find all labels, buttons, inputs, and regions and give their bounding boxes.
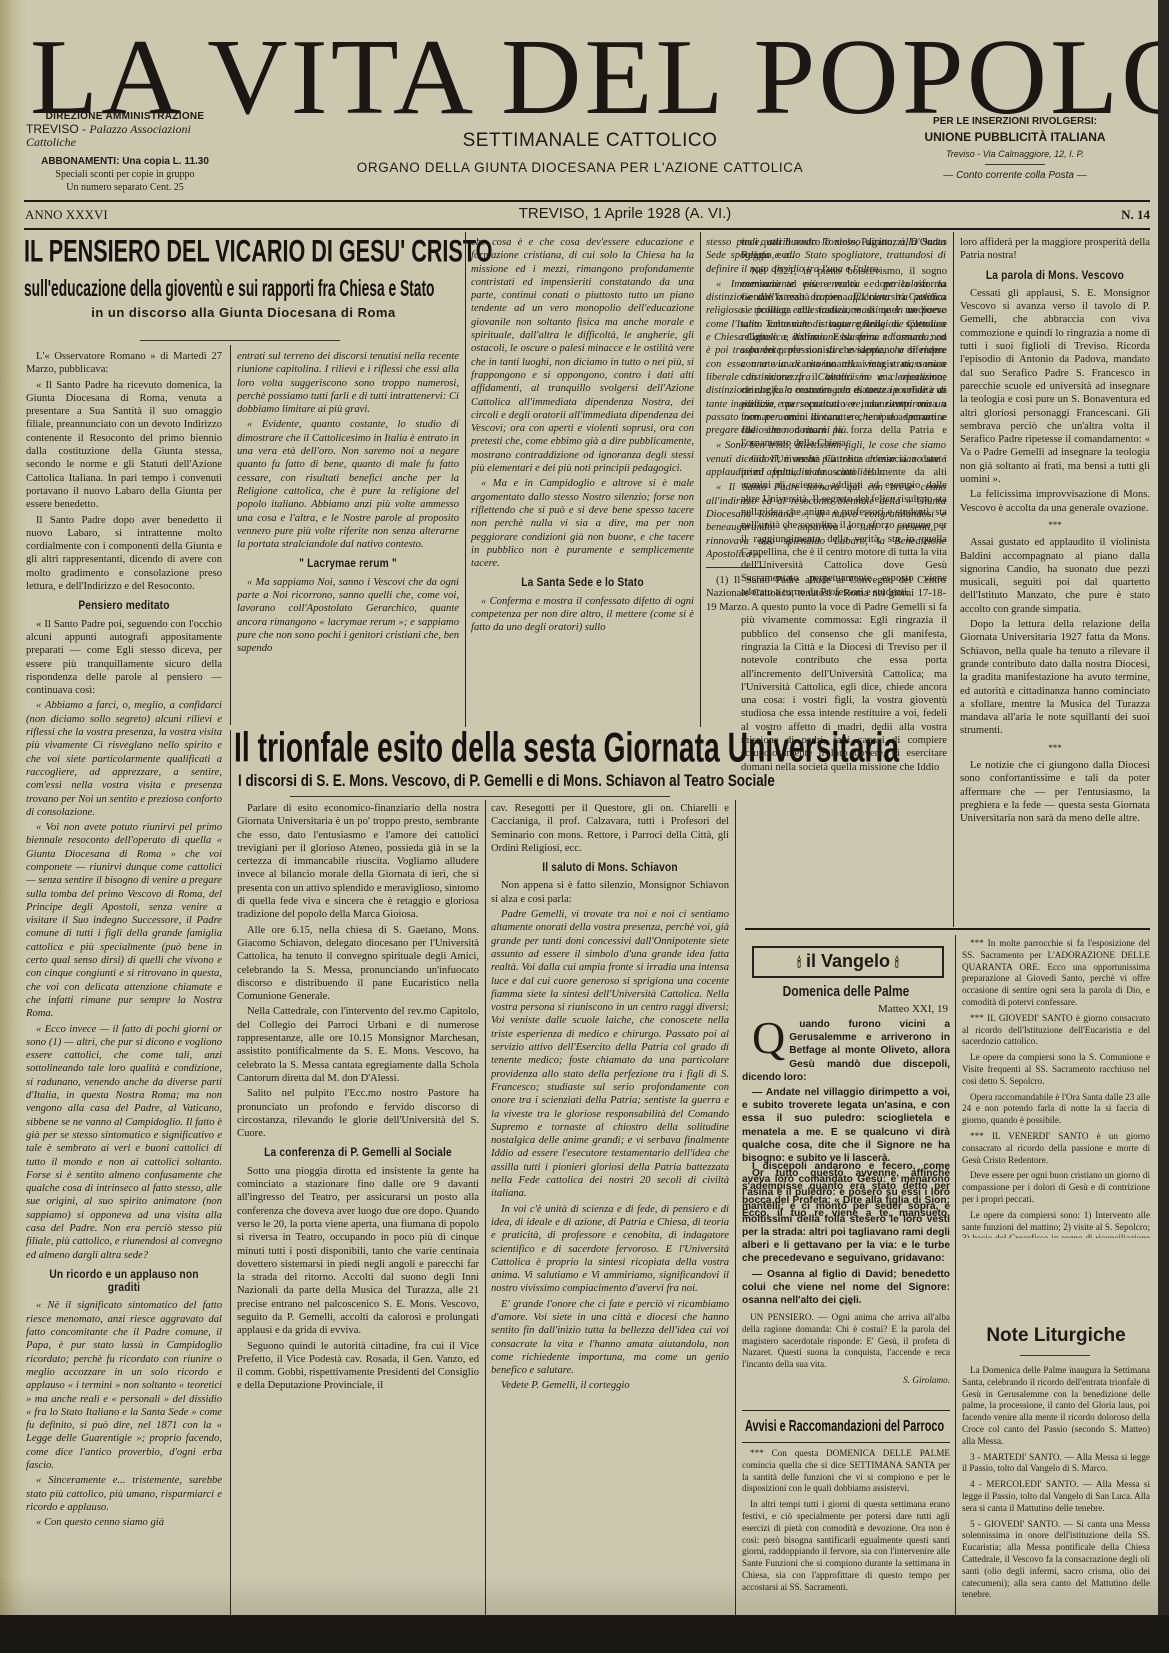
paragraph: « Conferma e mostra il confessato difett…: [471, 595, 694, 635]
pensiero-text: UN PENSIERO. — Ogni anima che arriva all…: [742, 1312, 950, 1371]
issue-date: TREVISO, 1 Aprile 1928 (A. VI.): [415, 205, 835, 222]
paragraph: 4 - MERCOLEDI' SANTO. — Alla Messa si le…: [962, 1479, 1150, 1514]
paragraph: Vedete P. Gemelli, il corteggio: [491, 1379, 729, 1392]
paragraph: L'« Osservatore Romano » di Martedì 27 M…: [26, 350, 222, 377]
masthead-rule-top: [24, 200, 1150, 202]
abbonamenti-price: ABBONAMENTI: Una copia L. 11.30: [20, 155, 230, 168]
paragraph: Cessati gli applausi, S. E. Monsignor Ve…: [960, 287, 1150, 486]
dateline: ANNO XXXVI TREVISO, 1 Aprile 1928 (A. VI…: [25, 205, 1150, 225]
paragraph: Assai gustato ed applaudito il violinist…: [960, 536, 1150, 616]
separator-stars: ***: [742, 1300, 950, 1310]
notice-item: Deve essere per ogni buon cristiano un g…: [962, 1170, 1150, 1205]
paragraph: Il Santo Padre dopo aver benedetto il nu…: [26, 514, 222, 594]
inserzioni-label: PER LE INSERZIONI RIVOLGERSI:: [880, 116, 1150, 127]
paragraph: « Abbiamo a farci, o, meglio, a confidar…: [26, 699, 222, 819]
paragraph: « Sinceramente e... tristemente, sarebbe…: [26, 1474, 222, 1514]
paragraph: La Domenica delle Palme inaugura la Sett…: [962, 1365, 1150, 1448]
divider: [140, 340, 340, 341]
divider: [1020, 1355, 1090, 1356]
notice-item: *** IL VENERDI' SANTO è un giorno consac…: [962, 1131, 1150, 1166]
masthead-left-info: DIREZIONE AMMINISTRAZIONE TREVISO - Pala…: [20, 110, 230, 194]
column-rule: [485, 800, 486, 1615]
candle-icon: 🕯︎: [895, 955, 899, 970]
column-rule: [735, 800, 736, 1615]
section-heading: La parola di Mons. Vescovo: [974, 269, 1136, 282]
note-liturgiche-title: Note Liturgiche: [962, 1325, 1150, 1347]
section-heading: " Lacrymae rerum ": [254, 557, 443, 570]
paragraph: Sotto una pioggia dirotta ed insistente …: [237, 1165, 479, 1338]
paragraph: loro affiderà per la maggiore prosperità…: [960, 236, 1150, 263]
unione-address: Treviso - Via Calmaggiore, 12, I. P.: [880, 149, 1150, 159]
column-rule: [230, 730, 231, 1615]
paragraph: In altri tempi tutti i giorni di questa …: [742, 1499, 950, 1593]
paragraph: « Ma sappiamo Noi, sanno i Vescovi che d…: [237, 576, 459, 656]
paragraph: Nella Cattedrale, con l'intervento del r…: [237, 1005, 479, 1085]
numero-separato: Un numero separato Cent. 25: [20, 181, 230, 194]
article-right-column-6: loro affiderà per la maggiore prosperità…: [960, 236, 1150, 926]
section-heading: Il saluto di Mons. Schiavon: [509, 861, 711, 874]
divider: [742, 1410, 950, 1411]
pensiero-signature: S. Girolamo.: [742, 1375, 950, 1387]
column-rule: [700, 232, 701, 727]
article1-subheadline: sull'educazione della gioventù e sui rap…: [24, 275, 434, 301]
paragraph: « Evidente, quanto costante, lo studio d…: [237, 418, 459, 551]
anno-label: ANNO XXXVI: [25, 207, 108, 223]
paragraph: *** Con questa DOMENICA DELLE PALME comi…: [742, 1448, 950, 1495]
article1-headline: IL PENSIERO DEL VICARIO DI GESU' CRISTO: [24, 234, 492, 270]
article2-column-2: cav. Resegotti per il Questore, gli on. …: [491, 802, 729, 1612]
divider: [985, 164, 1045, 165]
paragraph: Le notizie che ci giungono dalla Diocesi…: [960, 759, 1150, 825]
notice-item: *** In molte parrocchie si fa l'esposizi…: [962, 938, 1150, 1009]
paragraph: — Andate nel villaggio dirimpetto a voi,…: [742, 1086, 950, 1165]
separator-stars: ***: [960, 519, 1150, 532]
section-heading: La Santa Sede e lo Stato: [488, 576, 678, 589]
unione-pubblicita: UNIONE PUBBLICITÀ ITALIANA: [880, 130, 1150, 144]
article1-kicker: in un discorso alla Giunta Diocesana di …: [26, 305, 461, 320]
notice-item: *** IL GIOVEDI' SANTO è giorno consacrat…: [962, 1013, 1150, 1048]
paragraph: Seguono quindi le autorità cittadine, fr…: [237, 1340, 479, 1393]
paragraph: che cosa è e che cosa dev'essere educazi…: [471, 236, 694, 475]
vangelo-pensiero: UN PENSIERO. — Ogni anima che arriva all…: [742, 1312, 950, 1390]
avvisi-text: *** Con questa DOMENICA DELLE PALME comi…: [742, 1448, 950, 1608]
article-right-column-5: tra i quali il nostro Toniolo, Paganuzzi…: [741, 236, 947, 836]
article1-column-1: L'« Osservatore Romano » di Martedì 27 M…: [26, 350, 222, 1612]
paragraph: A questo punto la voce di Padre Gemelli …: [741, 601, 947, 774]
address-city: TREVISO: [26, 122, 79, 136]
masthead-subtitle: SETTIMANALE CATTOLICO: [330, 130, 850, 152]
drop-cap: Q: [742, 1018, 785, 1058]
paragraph: Nel 1921, in pieno bolscevismo, il sogno…: [741, 265, 947, 451]
paragraph: Dopo la lettura della relazione della Gi…: [960, 618, 1150, 738]
article1-column-3: che cosa è e che cosa dev'essere educazi…: [471, 236, 694, 725]
section-heading: Pensiero meditato: [41, 599, 208, 612]
paragraph: In voi c'è unità di scienza e di fede, d…: [491, 1203, 729, 1296]
paragraph: I discepoli andarono e fecero, come avev…: [742, 1160, 950, 1266]
divider: [290, 796, 670, 797]
section-heading: La conferenza di P. Gemelli al Sociale: [255, 1146, 461, 1159]
masthead-organo: ORGANO DELLA GIUNTA DIOCESANA PER L'AZIO…: [270, 160, 890, 175]
section-rule: [745, 928, 1150, 930]
paragraph: « Con questo cenno siamo già: [26, 1516, 222, 1529]
scan-bottom-edge: [0, 1615, 1169, 1653]
sconti-note: Speciali sconti per copie in gruppo: [20, 168, 230, 181]
separator-stars: ***: [960, 742, 1150, 755]
masthead-rule-bottom: [24, 228, 1150, 230]
section-heading: Un ricordo e un applauso non graditi: [41, 1268, 208, 1295]
article2-column-1: Parlare di esito economico-finanziario d…: [237, 802, 479, 1612]
vangelo-reference: Matteo XXI, 19: [742, 1003, 948, 1015]
vangelo-logo: 🕯︎ il Vangelo 🕯︎: [752, 946, 944, 978]
paragraph: cav. Resegotti per il Questore, gli on. …: [491, 802, 729, 855]
vangelo-logo-text: il Vangelo: [806, 951, 890, 971]
paragraph: Già l'Università Cattolica comincia a da…: [741, 453, 947, 599]
paragraph: 5 - GIOVEDI' SANTO. — Si canta una Messa…: [962, 1519, 1150, 1602]
issue-number: N. 14: [1121, 207, 1150, 223]
column-rule: [465, 232, 466, 727]
paragraph: « Ma e in Campidoglio e altrove si è mal…: [471, 477, 694, 570]
column-rule: [955, 935, 956, 1615]
notice-item: Le opere da compiersi sono la S. Comunio…: [962, 1052, 1150, 1087]
paragraph: « Nè il significato sintomatico del fatt…: [26, 1299, 222, 1472]
article2-subheadline: I discorsi di S. E. Mons. Vescovo, di P.…: [238, 770, 775, 792]
paragraph: « Il Santo Padre poi, seguendo con l'occ…: [26, 618, 222, 698]
paragraph: Parlare di esito economico-finanziario d…: [237, 802, 479, 922]
vangelo-title: Domenica delle Palme: [763, 983, 929, 1000]
paragraph: « Voi non avete potuto riunirvi pel prim…: [26, 821, 222, 1020]
vangelo-text-continued: I discepoli andarono e fecero, come avev…: [742, 1160, 950, 1310]
article1-column-2: entrati sul terreno dei discorsi tenutis…: [237, 350, 459, 725]
masthead-right-info: PER LE INSERZIONI RIVOLGERSI: UNIONE PUB…: [880, 116, 1150, 181]
paragraph: Alle ore 6.15, nella chiesa di S. Gaetan…: [237, 924, 479, 1004]
notice-item: Le opere da compiersi sono: 1) Intervent…: [962, 1210, 1150, 1238]
newspaper-page: LA VITA DEL POPOLO DIREZIONE AMMINISTRAZ…: [0, 0, 1158, 1615]
paragraph: Padre Gemelli, vi trovate tra noi e noi …: [491, 908, 729, 1201]
paragraph: La felicissima improvvisazione di Mons. …: [960, 488, 1150, 515]
paragraph: « Ecco invece — il fatto di pochi giorni…: [26, 1023, 222, 1262]
column-rule: [230, 345, 231, 725]
paragraph: 3 - MARTEDI' SANTO. — Alla Messa si legg…: [962, 1452, 1150, 1476]
candle-icon: 🕯︎: [797, 955, 801, 970]
notices-column: *** In molte parrocchie si fa l'esposizi…: [962, 938, 1150, 1238]
paragraph: entrati sul terreno dei discorsi tenutis…: [237, 350, 459, 416]
notice-item: Opera raccomandabile è l'Ora Santa dalle…: [962, 1092, 1150, 1127]
direzione-address: TREVISO - Palazzo Associazioni Cattolich…: [26, 123, 230, 149]
divider: [742, 1442, 950, 1443]
note-liturgiche-text: La Domenica delle Palme inaugura la Sett…: [962, 1365, 1150, 1610]
paragraph: Non appena si è fatto silenzio, Monsigno…: [491, 879, 729, 906]
paragraph: Salito nel pulpito l'Ecc.mo nostro Pasto…: [237, 1087, 479, 1140]
column-rule: [953, 232, 954, 927]
conto-corrente: — Conto corrente colla Posta —: [880, 170, 1150, 181]
paragraph: « Il Santo Padre ha ricevuto domenica, l…: [26, 379, 222, 512]
paragraph: E' grande l'onore che ci fate e perciò v…: [491, 1298, 729, 1378]
paragraph: tra i quali il nostro Toniolo, Paganuzzi…: [741, 236, 947, 263]
avvisi-title: Avvisi e Raccomandazioni del Parroco: [745, 1416, 944, 1438]
